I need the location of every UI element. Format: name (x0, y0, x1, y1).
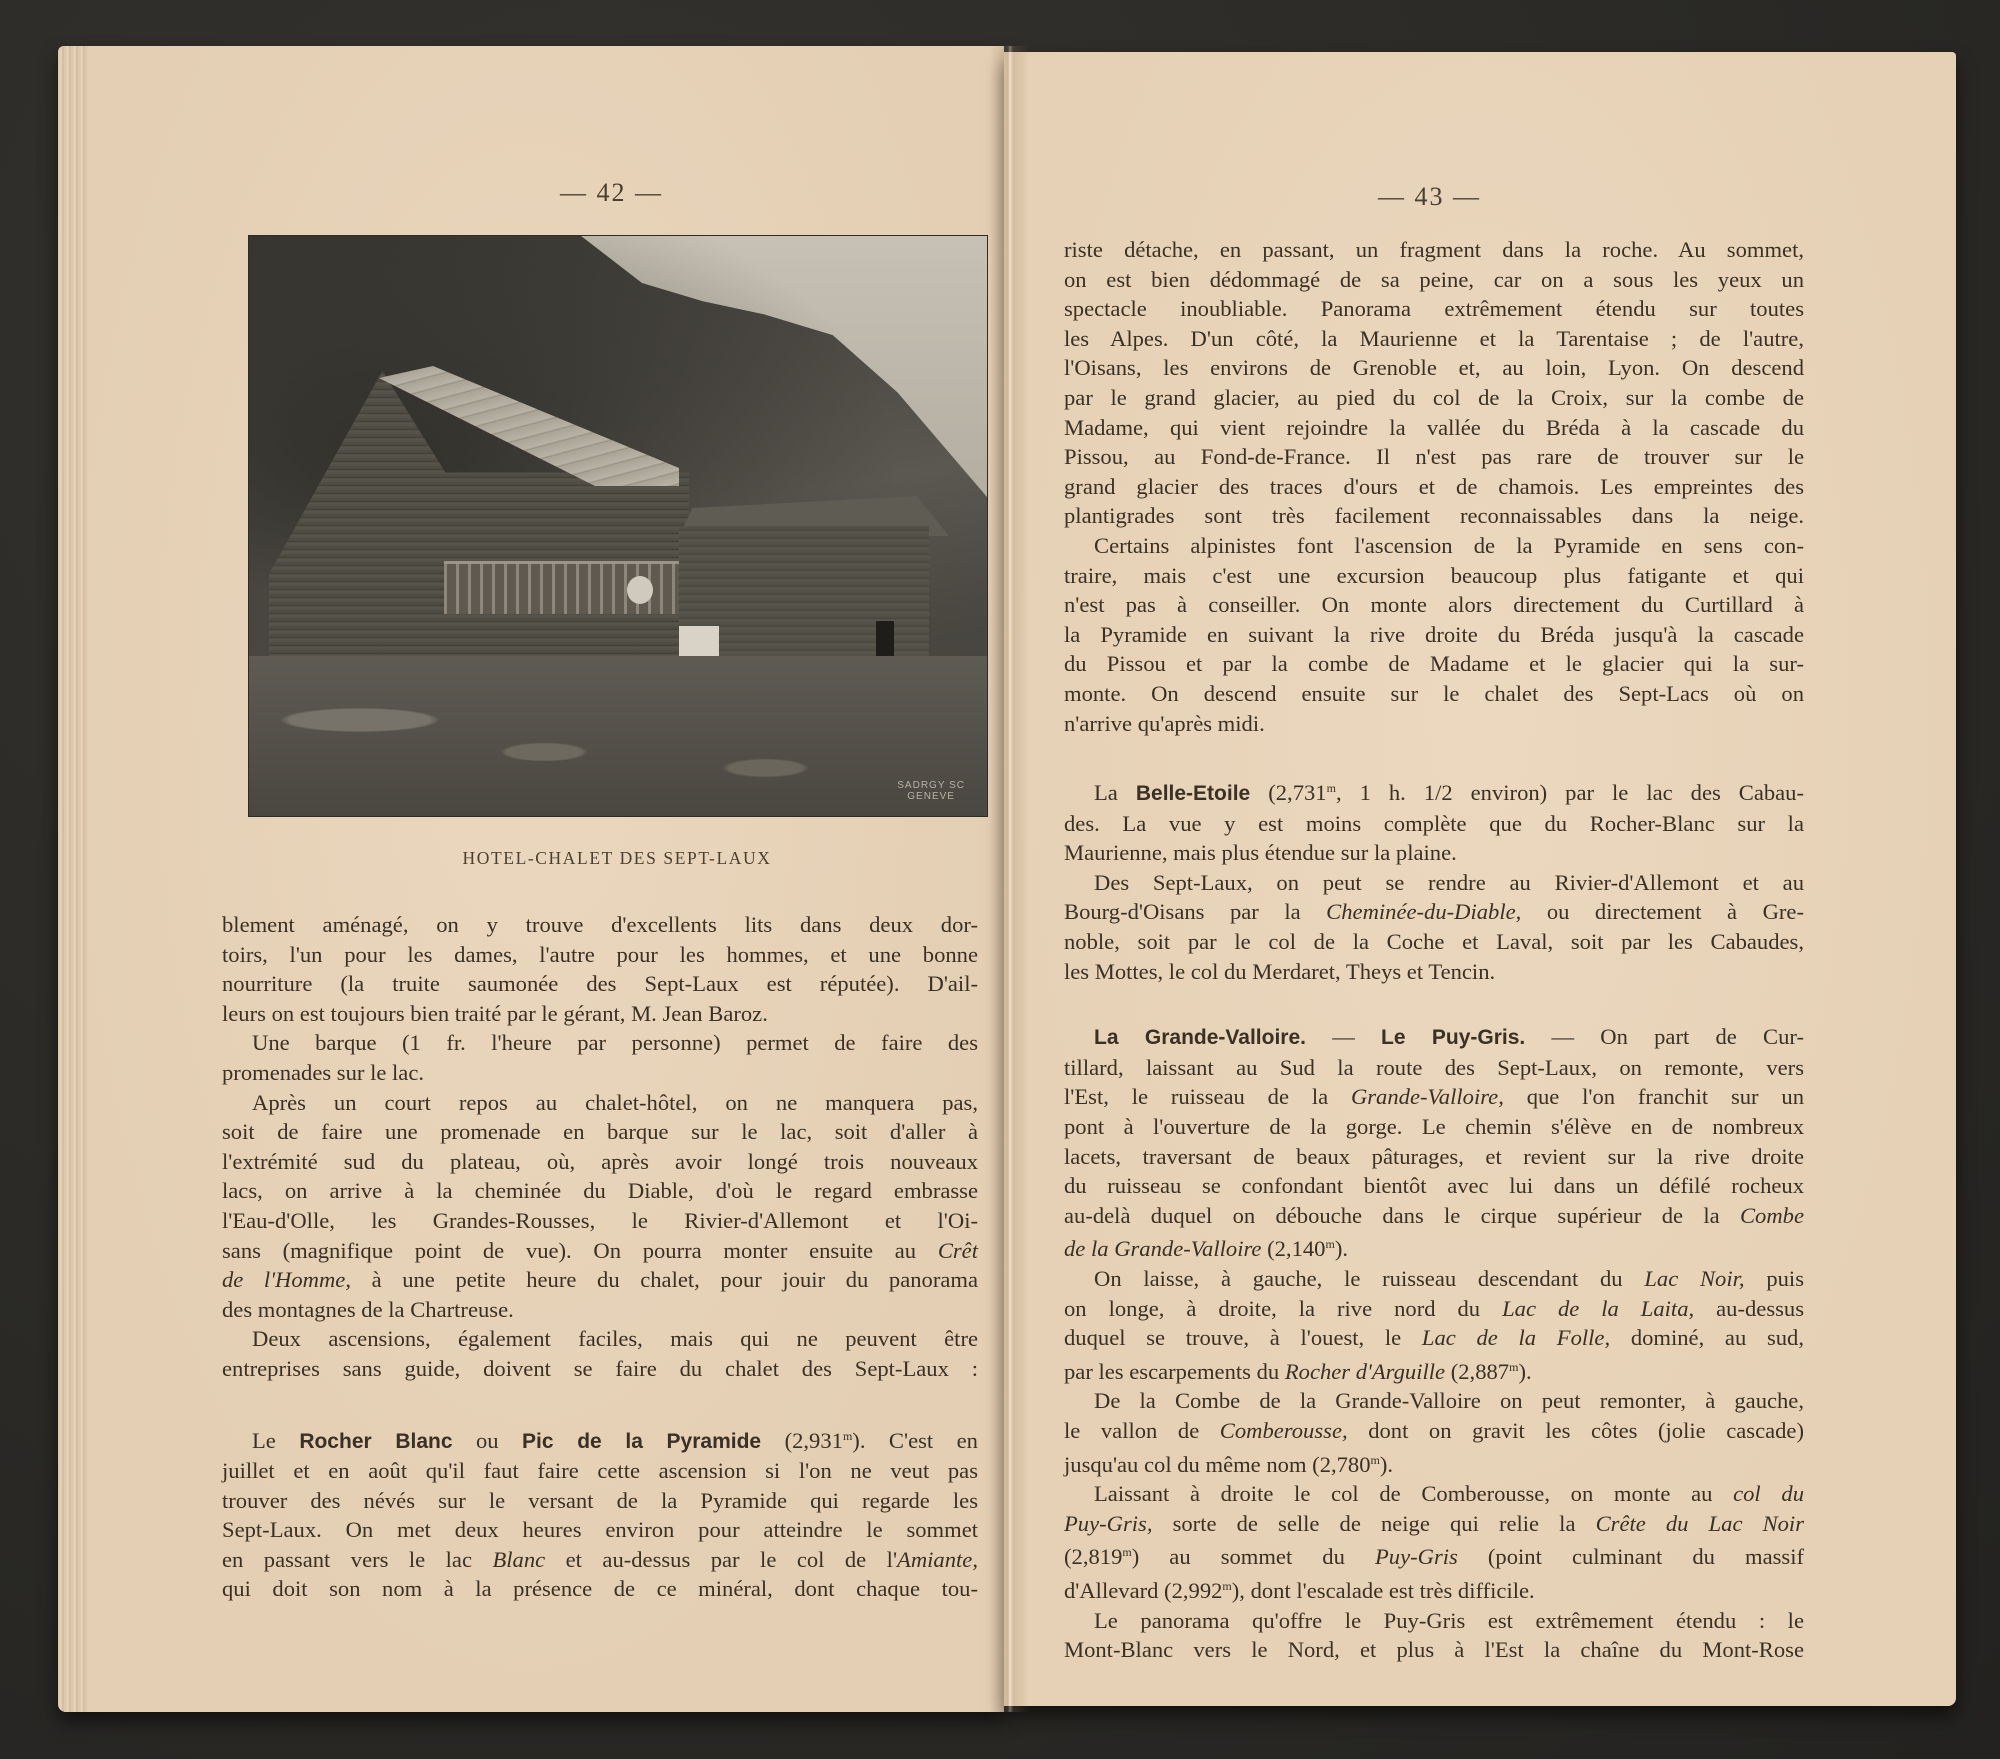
text-line: juillet et en août qu'il faut faire cett… (222, 1456, 978, 1486)
text-line: Bourg-d'Oisans par la Cheminée-du-Diable… (1064, 897, 1804, 927)
text-line: les Alpes. D'un côté, la Maurienne et la… (1064, 324, 1804, 354)
text-line: du Pissou et par la combe de Madame et l… (1064, 649, 1804, 679)
text-line: leurs on est toujours bien traité par le… (222, 999, 978, 1029)
text-line: des. La vue y est moins complète que du … (1064, 809, 1804, 839)
text-line: Mont-Blanc vers le Nord, et plus à l'Est… (1064, 1635, 1804, 1665)
right-body-text: riste détache, en passant, un fragment d… (1064, 235, 1804, 1665)
text-line: on est bien dédommagé de sa peine, car o… (1064, 265, 1804, 295)
text-line: Des Sept-Laux, on peut se rendre au Rivi… (1064, 868, 1804, 898)
text-line: de la Grande-Valloire (2,140m). (1064, 1230, 1804, 1264)
text-line: le vallon de Comberousse, dont on gravit… (1064, 1416, 1804, 1446)
text-line: par les escarpements du Rocher d'Arguill… (1064, 1353, 1804, 1387)
text-line: qui doit son nom à la présence de ce min… (222, 1574, 978, 1604)
page-number-right: — 43 — (1378, 182, 1481, 212)
text-line: l'Eau-d'Olle, les Grandes-Rousses, le Ri… (222, 1206, 978, 1236)
text-line: d'Allevard (2,992m), dont l'escalade est… (1064, 1572, 1804, 1606)
text-line: nourriture (la truite saumonée des Sept-… (222, 969, 978, 999)
text-line: l'Est, le ruisseau de la Grande-Valloire… (1064, 1082, 1804, 1112)
text-line: pont à l'ouverture de la gorge. Le chemi… (1064, 1112, 1804, 1142)
text-line: Deux ascensions, également faciles, mais… (222, 1324, 978, 1354)
book-gutter (990, 46, 1030, 1712)
text-line: les Mottes, le col du Merdaret, Theys et… (1064, 957, 1804, 987)
text-line: de l'Homme, à une petite heure du chalet… (222, 1265, 978, 1295)
text-line: plantigrades sont très facilement reconn… (1064, 501, 1804, 531)
text-line: sans (magnifique point de vue). On pourr… (222, 1236, 978, 1266)
text-line: tillard, laissant au Sud la route des Se… (1064, 1053, 1804, 1083)
round-sign (627, 576, 653, 604)
text-line: noble, soit par le col de la Coche et La… (1064, 927, 1804, 957)
text-line: spectacle inoubliable. Panorama extrêmem… (1064, 294, 1804, 324)
section-rocher-blanc: Le Rocher Blanc ou Pic de la Pyramide (2… (222, 1422, 978, 1457)
text-line: Le panorama qu'offre le Puy-Gris est ext… (1064, 1606, 1804, 1636)
text-line: en passant vers le lac Blanc et au-dessu… (222, 1545, 978, 1575)
text-line: traire, mais c'est une excursion beaucou… (1064, 561, 1804, 591)
page-edges (58, 46, 88, 1712)
rocky-ground (249, 656, 987, 816)
text-line: la Pyramide en suivant la rive droite du… (1064, 620, 1804, 650)
engraver-credit: SADRGY SC GENEVE (897, 780, 965, 802)
text-line: on longe, à droite, la rive nord du Lac … (1064, 1294, 1804, 1324)
text-line: Madame, qui vient rejoindre la vallée du… (1064, 413, 1804, 443)
text-line: Sept-Laux. On met deux heures environ po… (222, 1515, 978, 1545)
section-belle-etoile: La Belle-Etoile (2,731m, 1 h. 1/2 enviro… (1064, 774, 1804, 809)
text-line: du ruisseau se confondant bientôt avec l… (1064, 1171, 1804, 1201)
text-line: n'arrive qu'après midi. (1064, 709, 1804, 739)
text-line: Pissou, au Fond-de-France. Il n'est pas … (1064, 442, 1804, 472)
text-line: Maurienne, mais plus étendue sur la plai… (1064, 838, 1804, 868)
text-line: blement aménagé, on y trouve d'excellent… (222, 910, 978, 940)
text-line: au-delà duquel on débouche dans le cirqu… (1064, 1201, 1804, 1231)
text-line: l'extrémité sud du plateau, où, après av… (222, 1147, 978, 1177)
text-line: par le grand glacier, au pied du col de … (1064, 383, 1804, 413)
text-line: On laisse, à gauche, le ruisseau descend… (1064, 1264, 1804, 1294)
section-grande-valloire: La Grande-Valloire. — Le Puy-Gris. — On … (1064, 1022, 1804, 1053)
text-line: trouver des névés sur le versant de la P… (222, 1486, 978, 1516)
left-body-text: blement aménagé, on y trouve d'excellent… (222, 910, 978, 1604)
text-line: monte. On descend ensuite sur le chalet … (1064, 679, 1804, 709)
text-line: (2,819m) au sommet du Puy-Gris (point cu… (1064, 1538, 1804, 1572)
text-line: duquel se trouve, à l'ouest, le Lac de l… (1064, 1323, 1804, 1353)
text-line: des montagnes de la Chartreuse. (222, 1295, 978, 1325)
text-line: jusqu'au col du même nom (2,780m). (1064, 1446, 1804, 1480)
text-line: grand glacier des traces d'ours et de ch… (1064, 472, 1804, 502)
text-line: Puy-Gris, sorte de selle de neige qui re… (1064, 1509, 1804, 1539)
text-line: toirs, l'un pour les dames, l'autre pour… (222, 940, 978, 970)
text-line: riste détache, en passant, un fragment d… (1064, 235, 1804, 265)
text-line: De la Combe de la Grande-Valloire on peu… (1064, 1386, 1804, 1416)
text-line: Certains alpinistes font l'ascension de … (1064, 531, 1804, 561)
text-line: l'Oisans, les environs de Grenoble et, a… (1064, 353, 1804, 383)
text-line: Laissant à droite le col de Comberousse,… (1064, 1479, 1804, 1509)
text-line: Après un court repos au chalet-hôtel, on… (222, 1088, 978, 1118)
page-number-left: — 42 — (560, 178, 663, 208)
text-line: promenades sur le lac. (222, 1058, 978, 1088)
text-line: n'est pas à conseiller. On monte alors d… (1064, 590, 1804, 620)
text-line: entreprises sans guide, doivent se faire… (222, 1354, 978, 1384)
chalet-illustration: SADRGY SC GENEVE (248, 235, 988, 817)
text-line: lacets, traversant de beaux pâturages, e… (1064, 1142, 1804, 1172)
plate-caption: HOTEL-CHALET DES SEPT-LAUX (248, 848, 986, 869)
text-line: lacs, on arrive à la cheminée du Diable,… (222, 1176, 978, 1206)
text-line: soit de faire une promenade en barque su… (222, 1117, 978, 1147)
text-line: Une barque (1 fr. l'heure par personne) … (222, 1028, 978, 1058)
